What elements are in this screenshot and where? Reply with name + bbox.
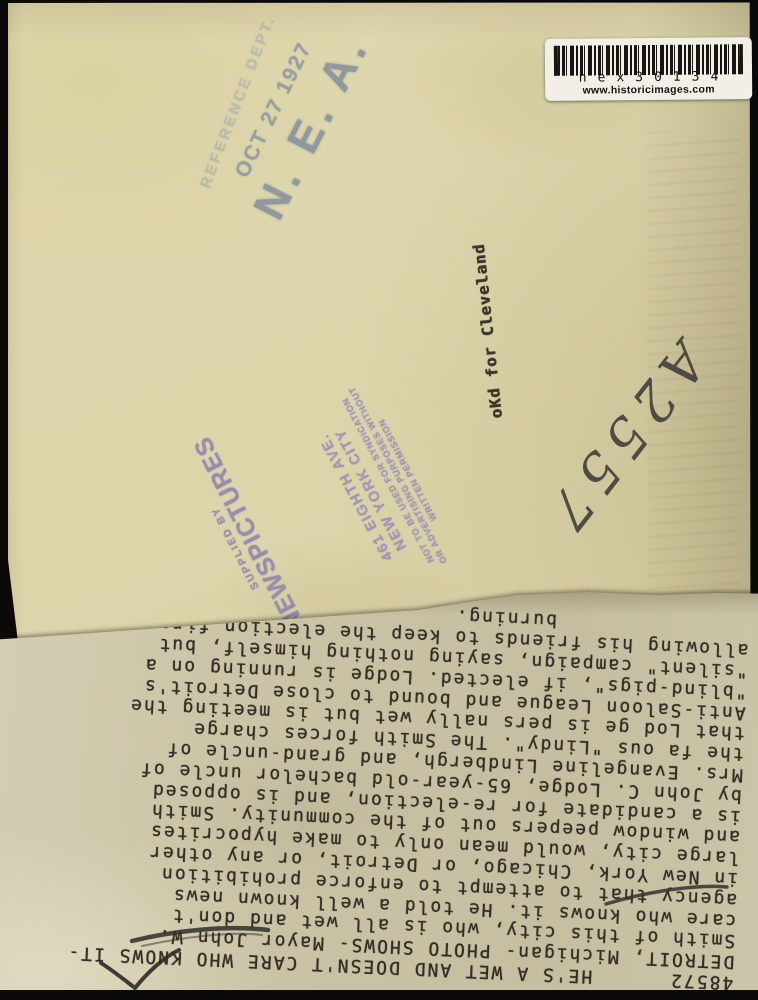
- agency-stamp-address-block: 461 EIGHTH AVE. NEW YORK CITY NOT TO BE …: [291, 357, 472, 612]
- faint-offset-type-smudge: [648, 132, 740, 772]
- barcode-website-text: www.historicimages.com: [545, 84, 752, 97]
- photo-verso-paper: REFERENCE DEPT. OCT 27 1927 N. E. A. oKd…: [0, 0, 758, 1000]
- barcode-sticker: nex30134 www.historicimages.com: [545, 37, 753, 101]
- agency-stamp-name-block: SUPPLIED BY NEWSPICTURES: [185, 444, 310, 639]
- typed-routing-note: oKd for Cleveland: [469, 231, 508, 432]
- agency-stamp-newspictures: NEWSPICTURES: [195, 444, 309, 634]
